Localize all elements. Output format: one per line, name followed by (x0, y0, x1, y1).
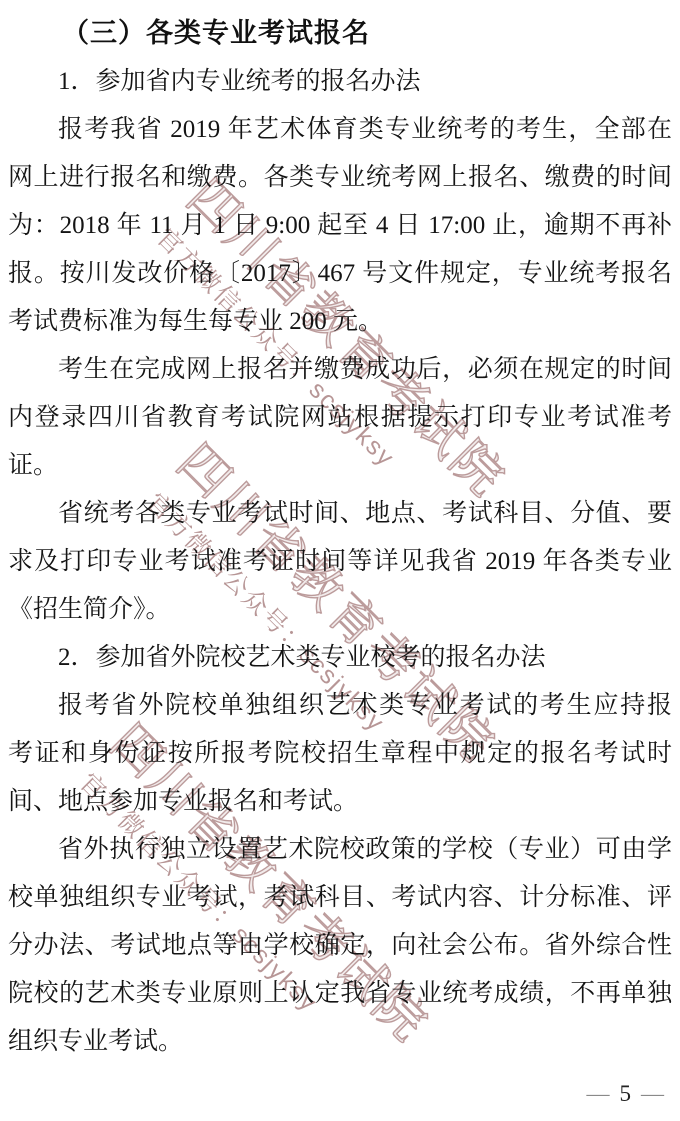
paragraph-line: 省外执行独立设置艺术院校政策的学校（专业）可由学 (8, 826, 672, 874)
paragraph-line: 考生在完成网上报名并缴费成功后，必须在规定的时间 (8, 346, 672, 394)
paragraph-line: 报考省外院校单独组织艺术类专业考试的考生应持报 (8, 682, 672, 730)
paragraph-line: 报考我省 2019 年艺术体育类专业统考的考生，全部在 (8, 106, 672, 154)
document-page: 四川省教育考试院 官方微信公众号：scsjyksy 四川省教育考试院 官方微信公… (0, 0, 680, 1121)
paragraph-line: 报。按川发改价格〔2017〕467 号文件规定，专业统考报名 (8, 250, 672, 298)
subheading-1: 1．参加省内专业统考的报名办法 (8, 58, 672, 106)
page-number-dash: — (587, 1081, 610, 1106)
subheading-2: 2．参加省外院校艺术类专业校考的报名办法 (8, 634, 672, 682)
paragraph-line: 省统考各类专业考试时间、地点、考试科目、分值、要 (8, 490, 672, 538)
paragraph-line: 院校的艺术类专业原则上认定我省专业统考成绩，不再单独 (8, 970, 672, 1018)
paragraph-line: 网上进行报名和缴费。各类专业统考网上报名、缴费的时间 (8, 154, 672, 202)
page-number: —5— (587, 1081, 665, 1107)
page-number-value: 5 (620, 1081, 632, 1106)
paragraph-line: 间、地点参加专业报名和考试。 (8, 778, 672, 826)
paragraph-line: 组织专业考试。 (8, 1018, 672, 1066)
paragraph-line: 为：2018 年 11 月 1 日 9:00 起至 4 日 17:00 止，逾期… (8, 202, 672, 250)
paragraph-line: 《招生简介》。 (8, 586, 672, 634)
section-heading: （三）各类专业考试报名 (8, 8, 672, 58)
page-number-dash: — (641, 1081, 664, 1106)
paragraph-line: 考证和身份证按所报考院校招生章程中规定的报名考试时 (8, 730, 672, 778)
paragraph-line: 证。 (8, 442, 672, 490)
document-body: （三）各类专业考试报名 1．参加省内专业统考的报名办法 报考我省 2019 年艺… (0, 0, 680, 1066)
paragraph-line: 求及打印专业考试准考证时间等详见我省 2019 年各类专业 (8, 538, 672, 586)
paragraph-line: 校单独组织专业考试，考试科目、考试内容、计分标准、评 (8, 874, 672, 922)
paragraph-line: 分办法、考试地点等由学校确定，向社会公布。省外综合性 (8, 922, 672, 970)
paragraph-line: 考试费标准为每生每专业 200 元。 (8, 298, 672, 346)
paragraph-line: 内登录四川省教育考试院网站根据提示打印专业考试准考 (8, 394, 672, 442)
